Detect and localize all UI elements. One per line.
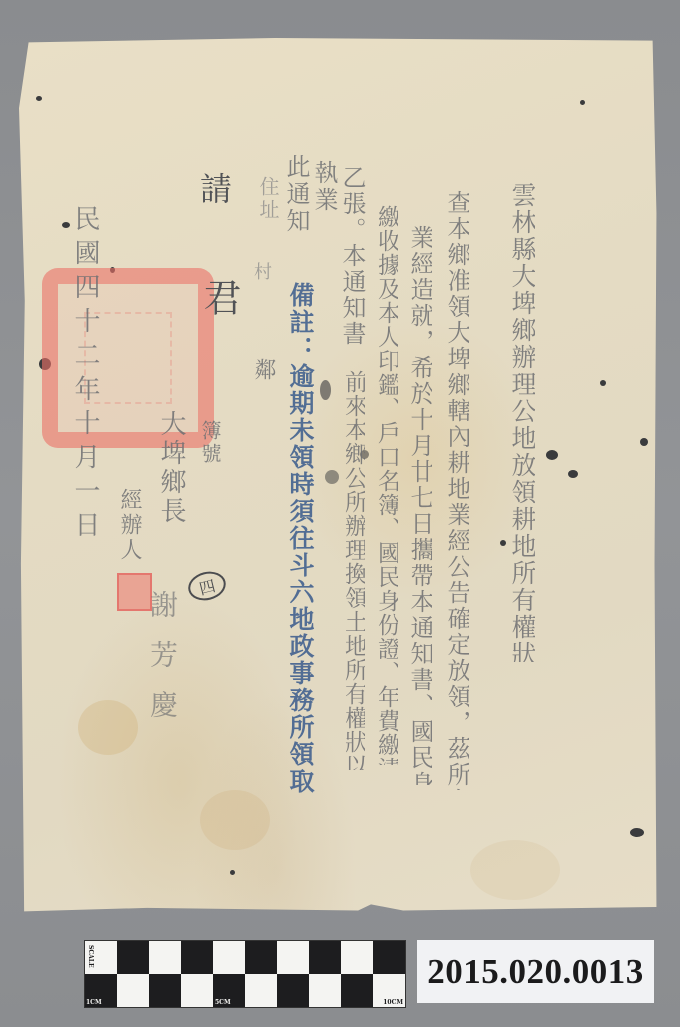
scale-cell xyxy=(213,941,245,974)
ink-spot xyxy=(62,222,70,228)
salutation: 請 xyxy=(198,172,230,207)
scale-cell xyxy=(245,941,277,974)
scale-label-10cm: 10CM xyxy=(383,999,403,1006)
stamp-number: 簿號 xyxy=(200,420,220,466)
address-label: 住址 xyxy=(258,176,278,222)
recipient-label-1: 此通知 xyxy=(284,154,308,235)
body-line-5: 前來本鄉公所辦理換領土地所有權狀以憑 xyxy=(342,370,365,770)
ink-spot xyxy=(640,438,648,446)
ink-spot xyxy=(325,470,339,484)
document-title: 雲林縣大埤鄉辦理公地放領耕地所有權狀移交通知書 xyxy=(510,182,535,662)
color-scale-bar: SCALE 1CM 5CM 10CM xyxy=(84,940,406,1008)
circled-number-text: 四 xyxy=(196,573,217,599)
scale-cell: 10CM xyxy=(373,974,405,1007)
issuer-staff: 經辦人 xyxy=(118,488,140,563)
accession-number: 2015.020.0013 xyxy=(427,952,644,992)
water-stain xyxy=(78,700,138,755)
scale-cell xyxy=(341,941,373,974)
scale-cell xyxy=(309,941,341,974)
scale-cell: 5CM xyxy=(213,974,245,1007)
ink-spot xyxy=(630,828,644,837)
scale-cell xyxy=(277,941,309,974)
issuer-name: 謝芳慶 xyxy=(148,590,176,740)
scale-cell xyxy=(341,974,373,1007)
scale-label-5cm: 5CM xyxy=(215,999,231,1006)
ink-spot xyxy=(580,100,585,105)
scale-cell: 1CM xyxy=(85,974,117,1007)
ink-spot xyxy=(568,470,578,478)
issuer-title: 大埤鄉長 xyxy=(158,410,184,526)
body-line-1: 查本鄉准領大埤鄉轄內耕地業經公告確定放領，茲所有權狀 xyxy=(445,190,469,790)
ink-spot xyxy=(546,450,558,460)
body-line-4: 乙張。本通知書 xyxy=(340,165,364,347)
accession-number-label: 2015.020.0013 xyxy=(417,940,654,1003)
scale-cell xyxy=(181,974,213,1007)
scale-cell xyxy=(309,974,341,1007)
scale-label-1cm: 1CM xyxy=(86,999,102,1006)
scale-cell xyxy=(373,941,405,974)
scale-cell xyxy=(245,974,277,1007)
scale-cell xyxy=(277,974,309,1007)
ink-spot xyxy=(230,870,235,875)
scale-cell: SCALE xyxy=(85,941,117,974)
recipient-label-2: 執業 xyxy=(312,160,336,214)
village-label: 村 xyxy=(252,262,270,283)
scale-cell xyxy=(149,941,181,974)
ink-spot xyxy=(36,96,42,101)
scale-cell xyxy=(149,974,181,1007)
body-line-3: 繳收據及本人印鑑、戶口名簿、國民身份證、年費繳清證件並前來本鄉公所辦理換領土地所… xyxy=(375,205,398,765)
water-stain xyxy=(470,840,560,900)
scale-cell xyxy=(181,941,213,974)
scale-cell xyxy=(117,941,149,974)
neighborhood: 鄰 xyxy=(252,358,274,383)
recipient-name: 君 xyxy=(200,278,238,319)
remark-note: 備註：逾期未領時須往斗六地政事務所領取 xyxy=(288,282,313,795)
scale-label-top: SCALE xyxy=(87,945,94,968)
scale-cell xyxy=(117,974,149,1007)
ink-spot xyxy=(320,380,331,400)
official-red-seal xyxy=(42,268,214,448)
ink-spot xyxy=(600,380,606,386)
ink-spot xyxy=(500,540,506,546)
recipient-name-text: 君 xyxy=(197,278,241,319)
body-line-2: 業經造就，希於十月廿七日攜帶本通知書、國民身份證、私章親到本公所領取耕地所有權狀 xyxy=(408,225,432,785)
issue-date: 民國四十二年十月一日 xyxy=(72,205,98,545)
water-stain xyxy=(200,790,270,850)
